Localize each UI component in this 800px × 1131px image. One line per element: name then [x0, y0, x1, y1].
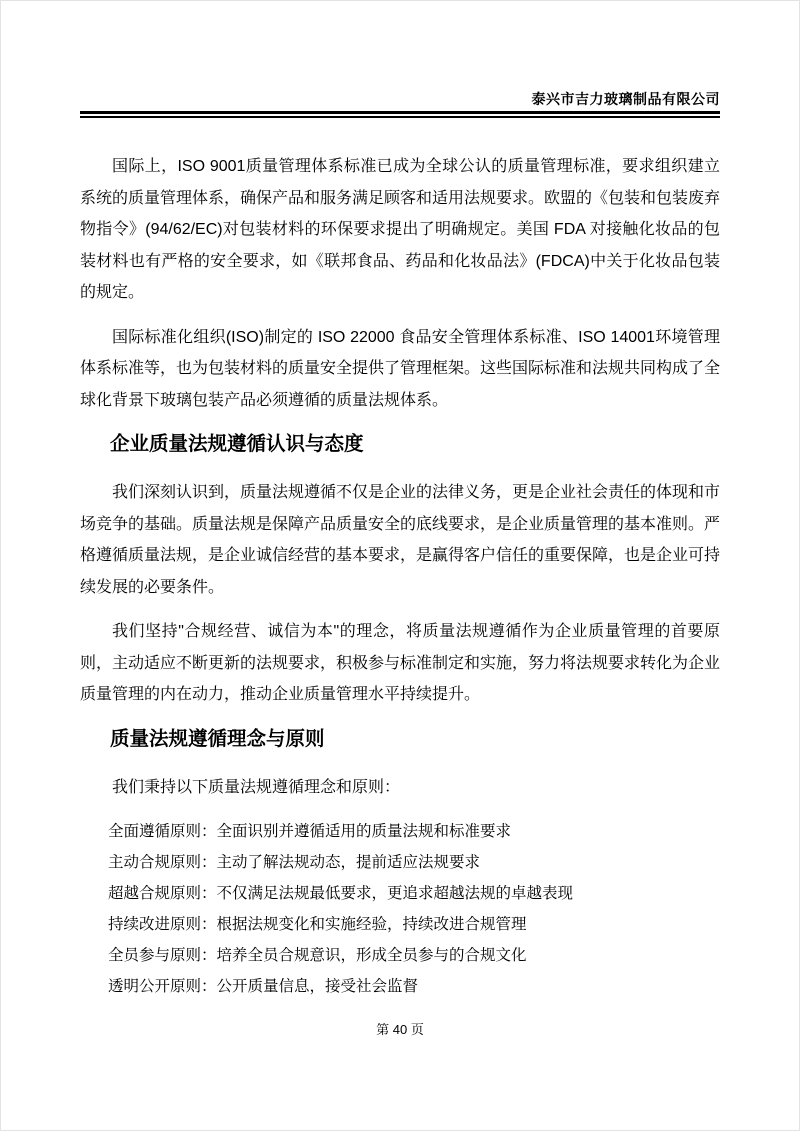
- paragraph-compliance-philosophy: 我们坚持"合规经营、诚信为本"的理念，将质量法规遵循作为企业质量管理的首要原则，…: [80, 616, 720, 711]
- header-rule: [80, 111, 720, 118]
- principle-item-full-participation: 全员参与原则：培养全员合规意识，形成全员参与的合规文化: [108, 940, 720, 971]
- principle-item-proactive-compliance: 主动合规原则：主动了解法规动态，提前适应法规要求: [108, 847, 720, 878]
- header-rule-thin-line: [80, 116, 720, 118]
- paragraph-legal-obligation: 我们深刻认识到，质量法规遵循不仅是企业的法律义务，更是企业社会责任的体现和市场竞…: [80, 477, 720, 603]
- paragraph-principles-intro: 我们秉持以下质量法规遵循理念和原则：: [80, 772, 720, 804]
- principle-item-transparency: 透明公开原则：公开质量信息，接受社会监督: [108, 971, 720, 1002]
- section-heading-compliance-awareness: 企业质量法规遵循认识与态度: [80, 429, 720, 459]
- principle-item-comprehensive-compliance: 全面遵循原则：全面识别并遵循适用的质量法规和标准要求: [108, 816, 720, 847]
- principle-item-beyond-compliance: 超越合规原则：不仅满足法规最低要求，更追求超越法规的卓越表现: [108, 878, 720, 909]
- principles-list: 全面遵循原则：全面识别并遵循适用的质量法规和标准要求 主动合规原则：主动了解法规…: [80, 816, 720, 1002]
- page-number: 第 40 页: [376, 1022, 424, 1037]
- page-header: 泰兴市吉力玻璃制品有限公司: [80, 90, 720, 118]
- document-body: 国际上，ISO 9001质量管理体系标准已成为全球公认的质量管理标准，要求组织建…: [80, 151, 720, 1002]
- principle-item-continuous-improvement: 持续改进原则：根据法规变化和实施经验，持续改进合规管理: [108, 909, 720, 940]
- header-company-name: 泰兴市吉力玻璃制品有限公司: [80, 90, 720, 108]
- paragraph-international-standards: 国际上，ISO 9001质量管理体系标准已成为全球公认的质量管理标准，要求组织建…: [80, 151, 720, 309]
- page-footer: 第 40 页: [0, 1021, 800, 1039]
- section-heading-principles: 质量法规遵循理念与原则: [80, 724, 720, 754]
- paragraph-iso-framework: 国际标准化组织(ISO)制定的 ISO 22000 食品安全管理体系标准、ISO…: [80, 322, 720, 417]
- header-rule-thick-line: [80, 111, 720, 114]
- document-page: 泰兴市吉力玻璃制品有限公司 国际上，ISO 9001质量管理体系标准已成为全球公…: [0, 0, 800, 1131]
